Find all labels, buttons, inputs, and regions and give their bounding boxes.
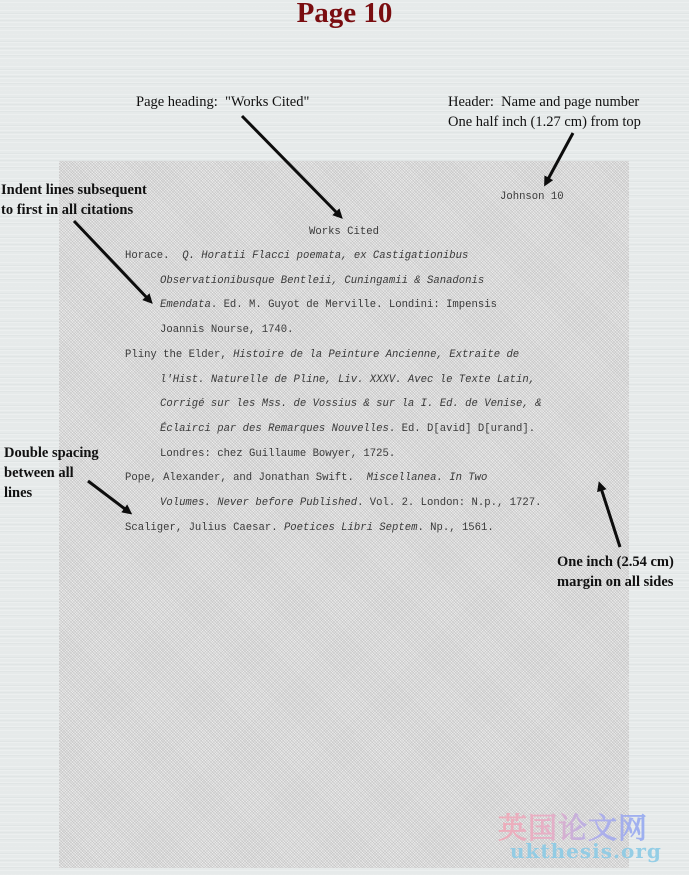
citation-title-text: l'Hist. Naturelle de Pline, Liv. XXXV. A… <box>160 374 535 386</box>
annotation-spacing-line1: Double spacing <box>4 443 99 463</box>
annotation-margin-line1: One inch (2.54 cm) <box>557 552 674 572</box>
citation-title-text: Emendata <box>160 299 211 311</box>
citation-title-text: Éclairci par des Remarques Nouvelles <box>160 423 389 435</box>
citation-first-line: Horace. Q. Horatii Flacci poemata, ex Ca… <box>125 250 468 262</box>
citation-text: . Ed. D[avid] D[urand]. <box>389 423 535 435</box>
annotation-page-heading: Page heading: "Works Cited" <box>136 92 309 112</box>
annotation-spacing-line3: lines <box>4 483 32 503</box>
annotation-header-line2: One half inch (1.27 cm) from top <box>448 112 641 132</box>
citation-text: Pliny the Elder, <box>125 349 233 361</box>
citation-first-line: Pliny the Elder, Histoire de la Peinture… <box>125 349 519 361</box>
citation-continuation-line: Éclairci par des Remarques Nouvelles. Ed… <box>160 423 535 435</box>
watermark-site: ukthesis.org <box>510 839 662 863</box>
citation-text: . Ed. M. Guyot de Merville. Londini: Imp… <box>211 299 497 311</box>
citation-title-text: Poetices Libri Septem <box>284 522 418 534</box>
citation-continuation-line: Corrigé sur les Mss. de Vossius & sur la… <box>160 398 541 410</box>
citation-text: Scaliger, Julius Caesar. <box>125 522 284 534</box>
annotation-indent-line2: to first in all citations <box>1 200 133 220</box>
citation-title-text: Miscellanea. In Two <box>367 472 488 484</box>
citation-text: Horace. <box>125 250 182 262</box>
citation-text: . Vol. 2. London: N.p., 1727. <box>357 497 541 509</box>
citation-continuation-line: Volumes. Never before Published. Vol. 2.… <box>160 497 541 509</box>
paper-sheet <box>59 161 629 868</box>
citation-title-text: Q. Horatii Flacci poemata, ex Castigatio… <box>182 250 468 262</box>
citation-continuation-line: Observationibusque Bentleii, Cuningamii … <box>160 275 484 287</box>
citation-title-text: Corrigé sur les Mss. de Vossius & sur la… <box>160 398 541 410</box>
page-title: Page 10 <box>0 0 689 30</box>
annotation-spacing-line2: between all <box>4 463 74 483</box>
citation-first-line: Scaliger, Julius Caesar. Poetices Libri … <box>125 522 494 534</box>
citation-continuation-line: Emendata. Ed. M. Guyot de Merville. Lond… <box>160 299 497 311</box>
citation-continuation-line: l'Hist. Naturelle de Pline, Liv. XXXV. A… <box>160 374 535 386</box>
citation-first-line: Pope, Alexander, and Jonathan Swift. Mis… <box>125 472 487 484</box>
citation-title-text: Histoire de la Peinture Ancienne, Extrai… <box>233 349 519 361</box>
citation-title-text: Volumes. Never before Published <box>160 497 357 509</box>
citation-text: Joannis Nourse, 1740. <box>160 324 294 336</box>
annotation-indent-line1: Indent lines subsequent <box>1 180 147 200</box>
citation-continuation-line: Londres: chez Guillaume Bowyer, 1725. <box>160 448 395 460</box>
citation-text: . Np., 1561. <box>417 522 493 534</box>
citation-continuation-line: Joannis Nourse, 1740. <box>160 324 294 336</box>
citation-text: Londres: chez Guillaume Bowyer, 1725. <box>160 448 395 460</box>
running-header: Johnson 10 <box>500 191 564 203</box>
citation-title-text: Observationibusque Bentleii, Cuningamii … <box>160 275 484 287</box>
works-cited-heading: Works Cited <box>309 226 379 238</box>
citation-text: Pope, Alexander, and Jonathan Swift. <box>125 472 367 484</box>
annotation-margin-line2: margin on all sides <box>557 572 673 592</box>
annotation-header-line1: Header: Name and page number <box>448 92 639 112</box>
